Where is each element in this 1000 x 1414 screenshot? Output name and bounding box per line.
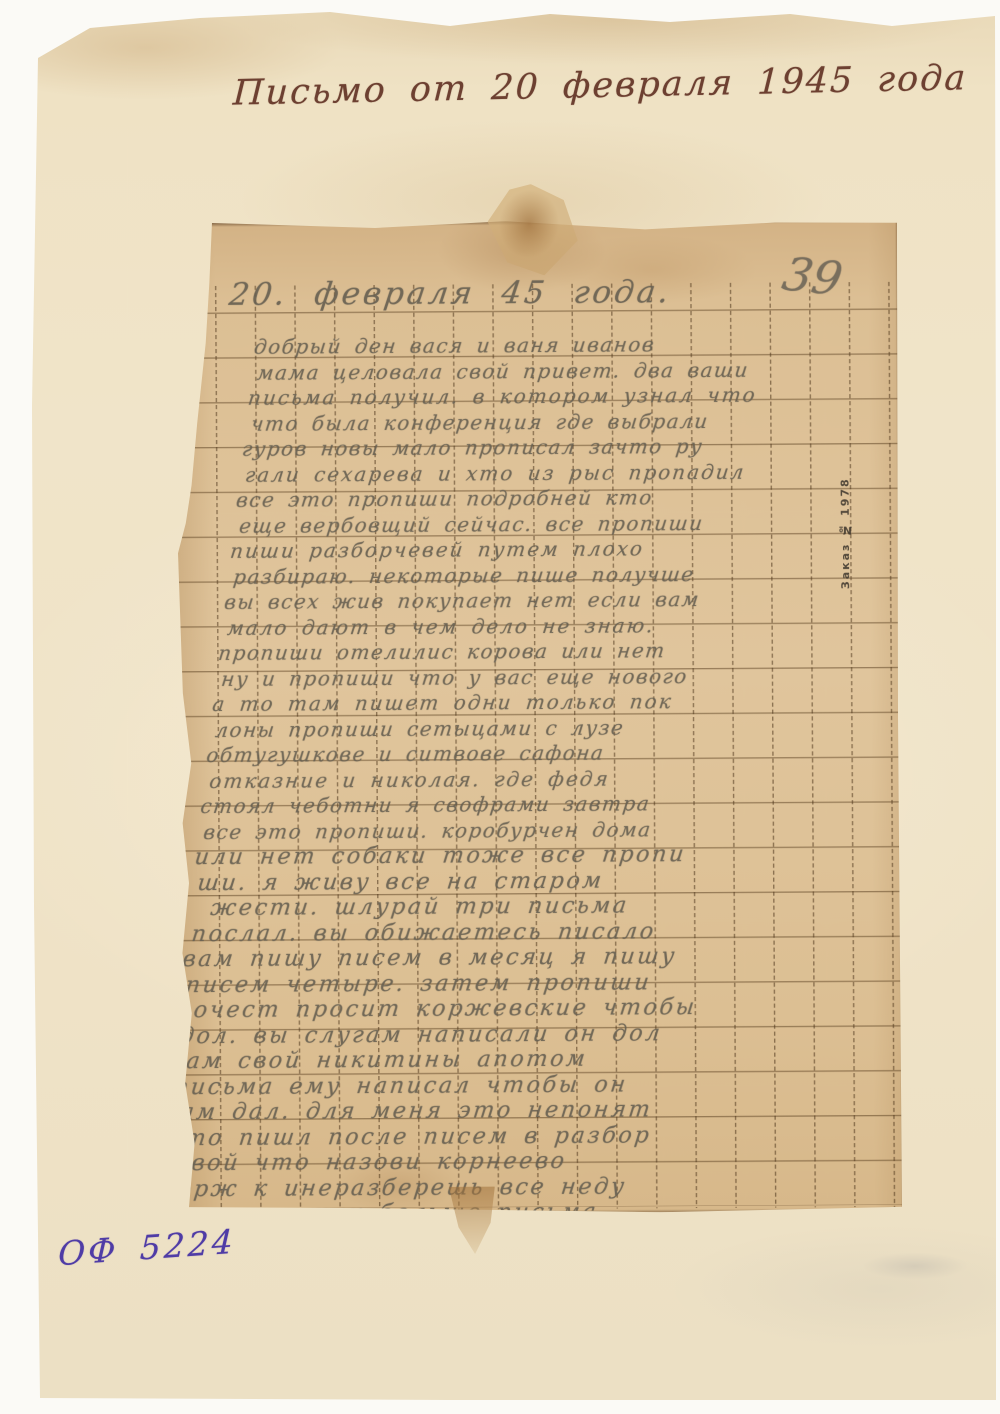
handwritten-line: жести. шлурай три письма (209, 892, 862, 921)
letter-sheet: 20. февраля 45 года. 39 Заказ № 1978 доб… (175, 219, 904, 1215)
ink-bleed-smudge (840, 1242, 990, 1290)
letter-body-text: добрый ден вася и ваня ивановмама целова… (153, 331, 927, 1214)
letter-date-line: 20. февраля 45 года. (227, 274, 712, 313)
